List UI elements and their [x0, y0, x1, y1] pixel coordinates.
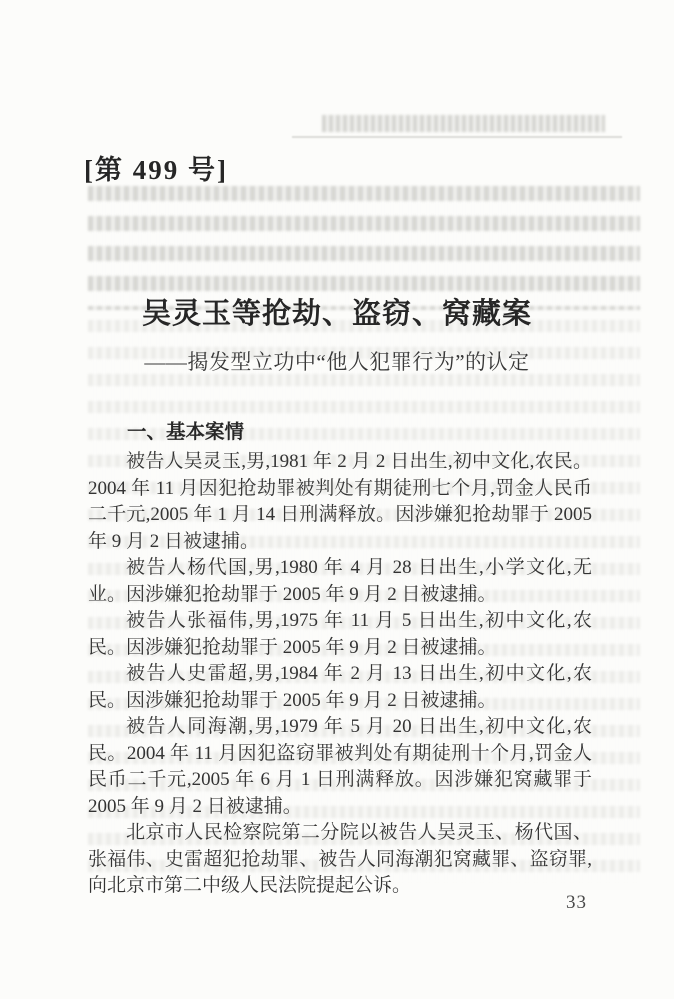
- case-body: 一、基本案情 被告人吴灵玉,男,1981 年 2 月 2 日出生,初中文化,农民…: [88, 419, 592, 900]
- paragraph-defendant-tonghaichao: 被告人同海潮,男,1979 年 5 月 20 日出生,初中文化,农民。2004 …: [88, 714, 592, 820]
- paragraph-defendant-shileichao: 被告人史雷超,男,1984 年 2 月 13 日出生,初中文化,农民。因涉嫌犯抢…: [88, 661, 592, 714]
- case-number-label: [第 499 号]: [84, 148, 228, 187]
- case-title: 吴灵玉等抢劫、盗窃、窝藏案: [70, 291, 604, 332]
- page-number: 33: [566, 892, 587, 914]
- paragraph-defendant-yangdaiguo: 被告人杨代国,男,1980 年 4 月 28 日出生,小学文化,无业。因涉嫌犯抢…: [88, 555, 592, 608]
- paragraph-defendant-wulingyu: 被告人吴灵玉,男,1981 年 2 月 2 日出生,初中文化,农民。2004 年…: [88, 449, 592, 555]
- book-page: [第 499 号] 吴灵玉等抢劫、盗窃、窝藏案 ——揭发型立功中“他人犯罪行为”…: [0, 0, 674, 999]
- paragraph-defendant-zhangfuwei: 被告人张福伟,男,1975 年 11 月 5 日出生,初中文化,农民。因涉嫌犯抢…: [88, 608, 592, 661]
- title-block: 吴灵玉等抢劫、盗窃、窝藏案 ——揭发型立功中“他人犯罪行为”的认定: [70, 291, 604, 376]
- paragraph-prosecution: 北京市人民检察院第二分院以被告人吴灵玉、杨代国、张福伟、史雷超犯抢劫罪、被告人同…: [88, 820, 592, 900]
- bleed-through-header: [322, 115, 605, 132]
- section-heading: 一、基本案情: [88, 419, 592, 445]
- bleed-through-rule: [292, 136, 622, 138]
- case-subtitle: ——揭发型立功中“他人犯罪行为”的认定: [70, 346, 604, 376]
